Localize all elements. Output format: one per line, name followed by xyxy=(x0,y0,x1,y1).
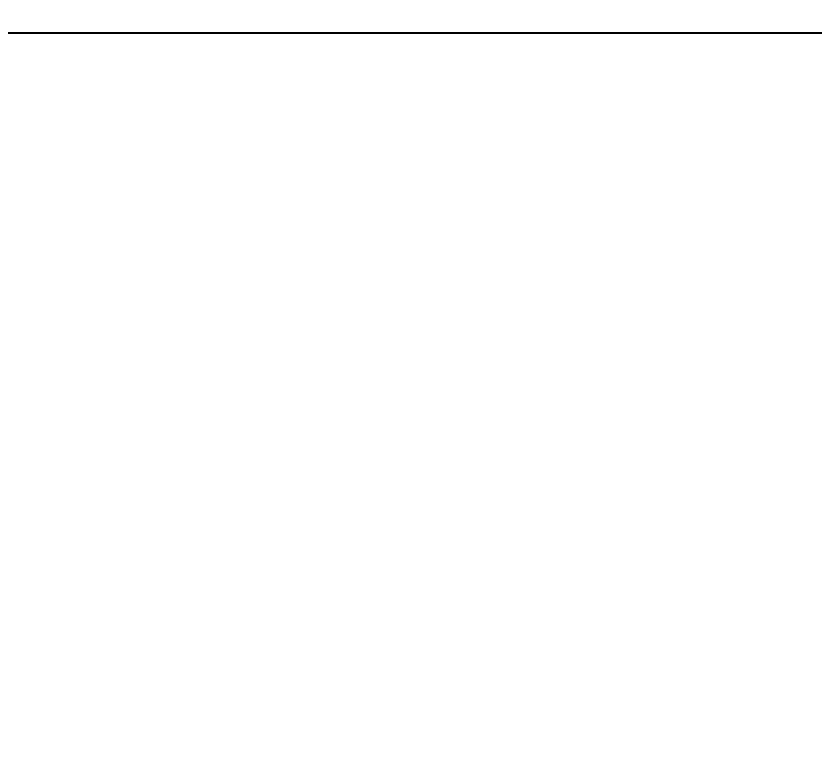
document-page: { "page": { "paragraph_mark": "↵", "titl… xyxy=(0,0,826,780)
activities-table xyxy=(8,32,822,34)
